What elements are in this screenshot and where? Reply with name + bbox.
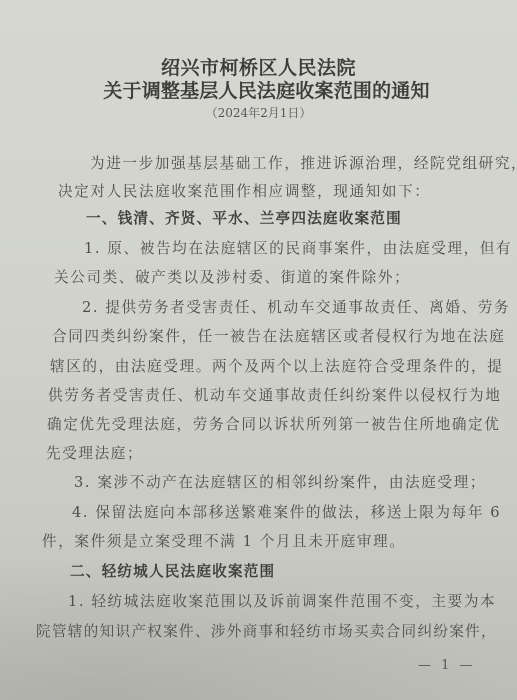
section2-line: 院管辖的知识产权案件、涉外商事和轻纺市场买卖合同纠纷案件， [36, 620, 497, 641]
section1-line: 确定优先受理法庭，劳务合同以诉状所列第一被告住所地确定优 [47, 413, 500, 434]
section1-line: 4. 保留法庭向本部移送繁难案件的做法，移送上限为每年 6 [72, 501, 501, 522]
section1-line: 2. 提供劳务者受害责任、机动车交通事故责任、离婚、劳务 [82, 296, 510, 317]
section1-line: 合同四类纠纷案件，任一被告在法庭辖区或者侵权行为地在法庭 [52, 325, 505, 346]
section1-line: 先受理法庭； [46, 442, 143, 463]
section1-line: 1. 原、被告均在法庭辖区的民商事案件，由法庭受理，但有 [84, 237, 512, 258]
section2-heading: 二、轻纺城人民法庭收案范围 [70, 560, 275, 581]
page-number: — 1 — [418, 658, 476, 673]
section2-line: 1. 轻纺城法庭收案范围以及诉前调案件范围不变，主要为本 [68, 590, 496, 611]
section1-line: 辖区的，由法庭受理。两个及两个以上法庭符合受理条件的，提 [50, 355, 503, 376]
section1-line: 件，案件须是立案受理不满 1 个月且未开庭审理。 [42, 530, 405, 551]
section1-heading: 一、钱清、齐贤、平水、兰亭四法庭收案范围 [86, 207, 402, 228]
document-title-line2: 关于调整基层人民法庭收案范围的通知 [8, 76, 517, 103]
section1-line: 供劳务者受害责任、机动车交通事故责任纠纷案件以侵权行为地 [48, 384, 501, 405]
intro-line-1: 为进一步加强基层基础工作，推进诉源治理，经院党组研究， [90, 152, 517, 173]
intro-line-2: 决定对人民法庭收案范围作相应调整，现通知如下： [58, 180, 430, 201]
section1-line: 3. 案涉不动产在法庭辖区的相邻纠纷案件，由法庭受理； [74, 471, 486, 492]
document-date: （2024年2月1日） [0, 104, 517, 121]
section1-line: 关公司类、破产类以及涉村委、街道的案件除外； [54, 266, 410, 287]
